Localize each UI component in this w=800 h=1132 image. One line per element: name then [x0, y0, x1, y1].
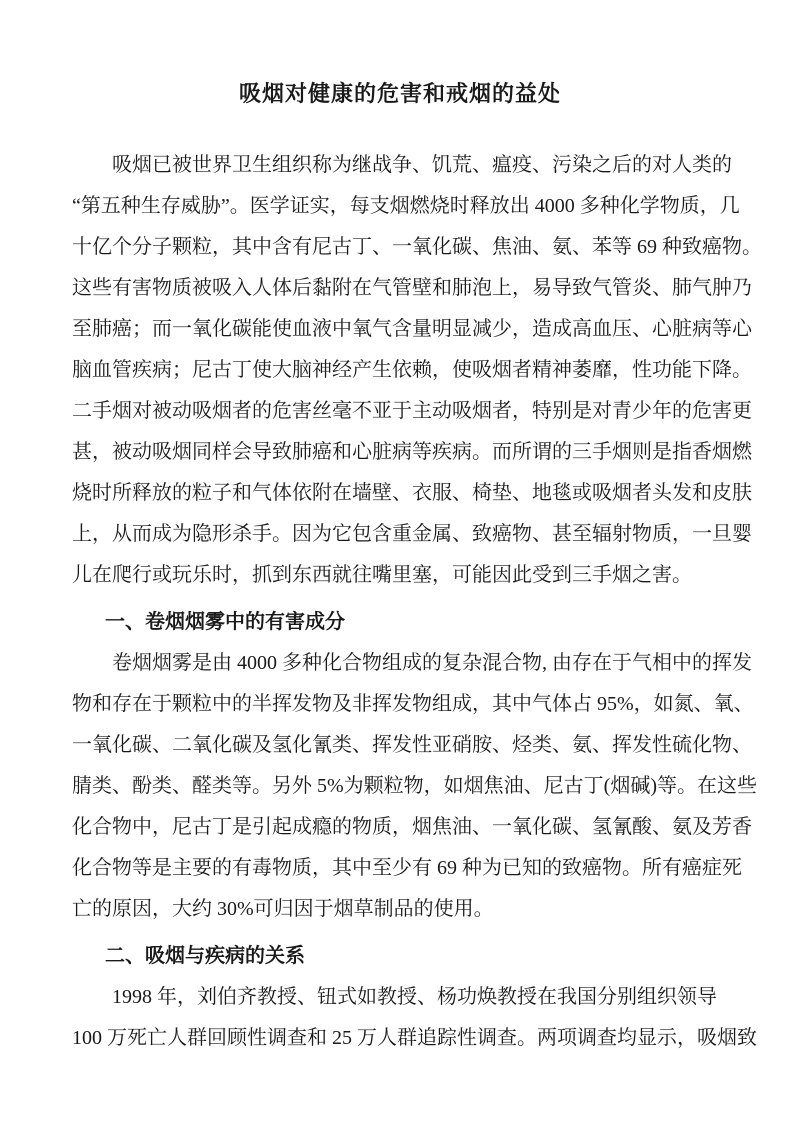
section-heading: 二、吸烟与疾病的关系 — [72, 936, 728, 977]
paragraph-line: 腈类、酚类、醛类等。另外 5%为颗粒物，如烟焦油、尼古丁(烟碱)等。在这些 — [72, 766, 728, 807]
paragraph-line: 卷烟烟雾是由 4000 多种化合物组成的复杂混合物, 由存在于气相中的挥发 — [72, 643, 728, 684]
paragraph-line: 脑血管疾病；尼古丁使大脑神经产生依赖，使吸烟者精神萎靡，性功能下降。 — [72, 350, 728, 391]
paragraph-line: 这些有害物质被吸入人体后黏附在气管壁和肺泡上，易导致气管炎、肺气肿乃 — [72, 268, 728, 309]
paragraph-line: 甚，被动吸烟同样会导致肺癌和心脏病等疾病。而所谓的三手烟则是指香烟燃 — [72, 432, 728, 473]
paragraph-line: 烧时所释放的粒子和气体依附在墙壁、衣服、椅垫、地毯或吸烟者头发和皮肤 — [72, 473, 728, 514]
paragraph-line: 化合物中，尼古丁是引起成瘾的物质，烟焦油、一氧化碳、氢氰酸、氨及芳香 — [72, 807, 728, 848]
paragraph-line: 上，从而成为隐形杀手。因为它包含重金属、致癌物、甚至辐射物质，一旦婴 — [72, 514, 728, 555]
document-title: 吸烟对健康的危害和戒烟的益处 — [72, 80, 728, 108]
paragraph-line: 吸烟已被世界卫生组织称为继战争、饥荒、瘟疫、污染之后的对人类的 — [72, 145, 728, 186]
paragraph-line: 十亿个分子颗粒，其中含有尼古丁、一氧化碳、焦油、氨、苯等 69 种致癌物。 — [72, 227, 728, 268]
paragraph-line: 至肺癌；而一氧化碳能使血液中氧气含量明显减少，造成高血压、心脏病等心 — [72, 309, 728, 350]
document-page: 吸烟对健康的危害和戒烟的益处 吸烟已被世界卫生组织称为继战争、饥荒、瘟疫、污染之… — [0, 0, 800, 1132]
paragraph-line: 1998 年，刘伯齐教授、钮式如教授、杨功焕教授在我国分别组织领导 — [72, 977, 728, 1018]
paragraph-line: 化合物等是主要的有毒物质，其中至少有 69 种为已知的致癌物。所有癌症死 — [72, 848, 728, 889]
paragraph-line: 亡的原因，大约 30%可归因于烟草制品的使用。 — [72, 889, 728, 930]
paragraph-line: 100 万死亡人群回顾性调查和 25 万人群追踪性调查。两项调查均显示，吸烟致 — [72, 1018, 728, 1059]
paragraph-line: 儿在爬行或玩乐时，抓到东西就往嘴里塞，可能因此受到三手烟之害。 — [72, 555, 728, 596]
body-paragraph: 卷烟烟雾是由 4000 多种化合物组成的复杂混合物, 由存在于气相中的挥发物和存… — [72, 643, 728, 930]
section-heading: 一、卷烟烟雾中的有害成分 — [72, 602, 728, 643]
paragraph-line: “第五种生存威胁”。医学证实，每支烟燃烧时释放出 4000 多种化学物质，几 — [72, 186, 728, 227]
paragraph-line: 二手烟对被动吸烟者的危害丝毫不亚于主动吸烟者，特别是对青少年的危害更 — [72, 391, 728, 432]
document-body: 吸烟已被世界卫生组织称为继战争、饥荒、瘟疫、污染之后的对人类的“第五种生存威胁”… — [72, 145, 728, 1059]
body-paragraph: 1998 年，刘伯齐教授、钮式如教授、杨功焕教授在我国分别组织领导100 万死亡… — [72, 977, 728, 1059]
paragraph-line: 物和存在于颗粒中的半挥发物及非挥发物组成，其中气体占 95%，如氮、氧、 — [72, 684, 728, 725]
paragraph-line: 一氧化碳、二氧化碳及氢化氰类、挥发性亚硝胺、烃类、氨、挥发性硫化物、 — [72, 725, 728, 766]
body-paragraph: 吸烟已被世界卫生组织称为继战争、饥荒、瘟疫、污染之后的对人类的“第五种生存威胁”… — [72, 145, 728, 596]
